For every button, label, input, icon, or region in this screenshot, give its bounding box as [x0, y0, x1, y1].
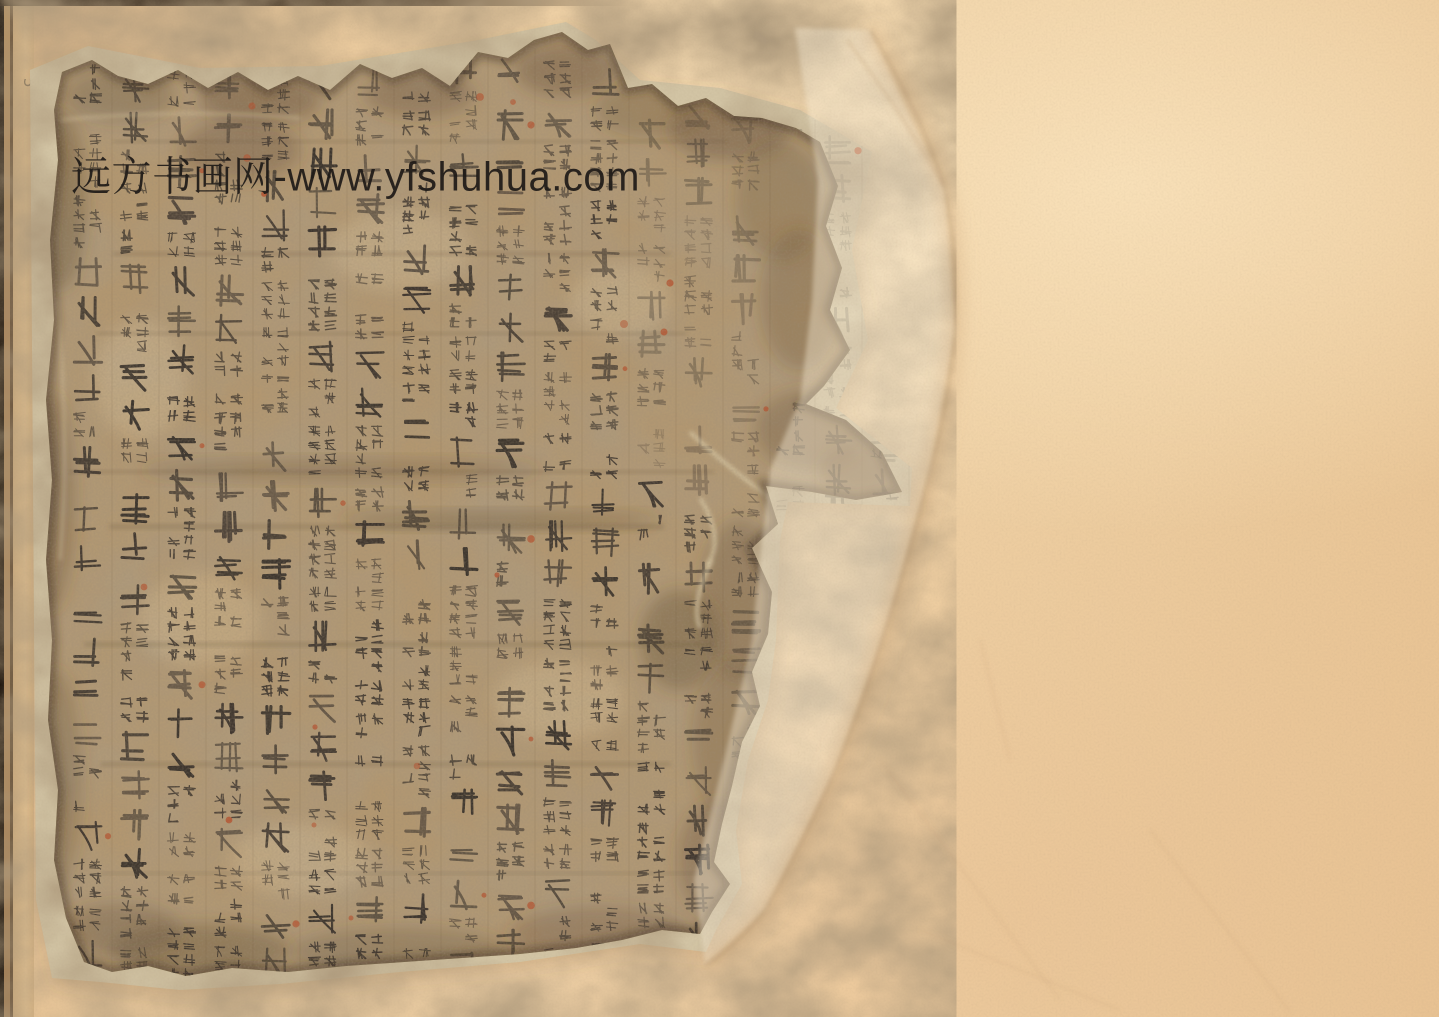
watermark-text: 远方书画网-www.yfshuhua.com [71, 157, 631, 198]
photo-grain [0, 0, 1439, 1017]
manuscript-scene [0, 0, 1439, 1017]
photo-root: 5 远方书画网-www.yfshuhua.com [0, 0, 1439, 1017]
